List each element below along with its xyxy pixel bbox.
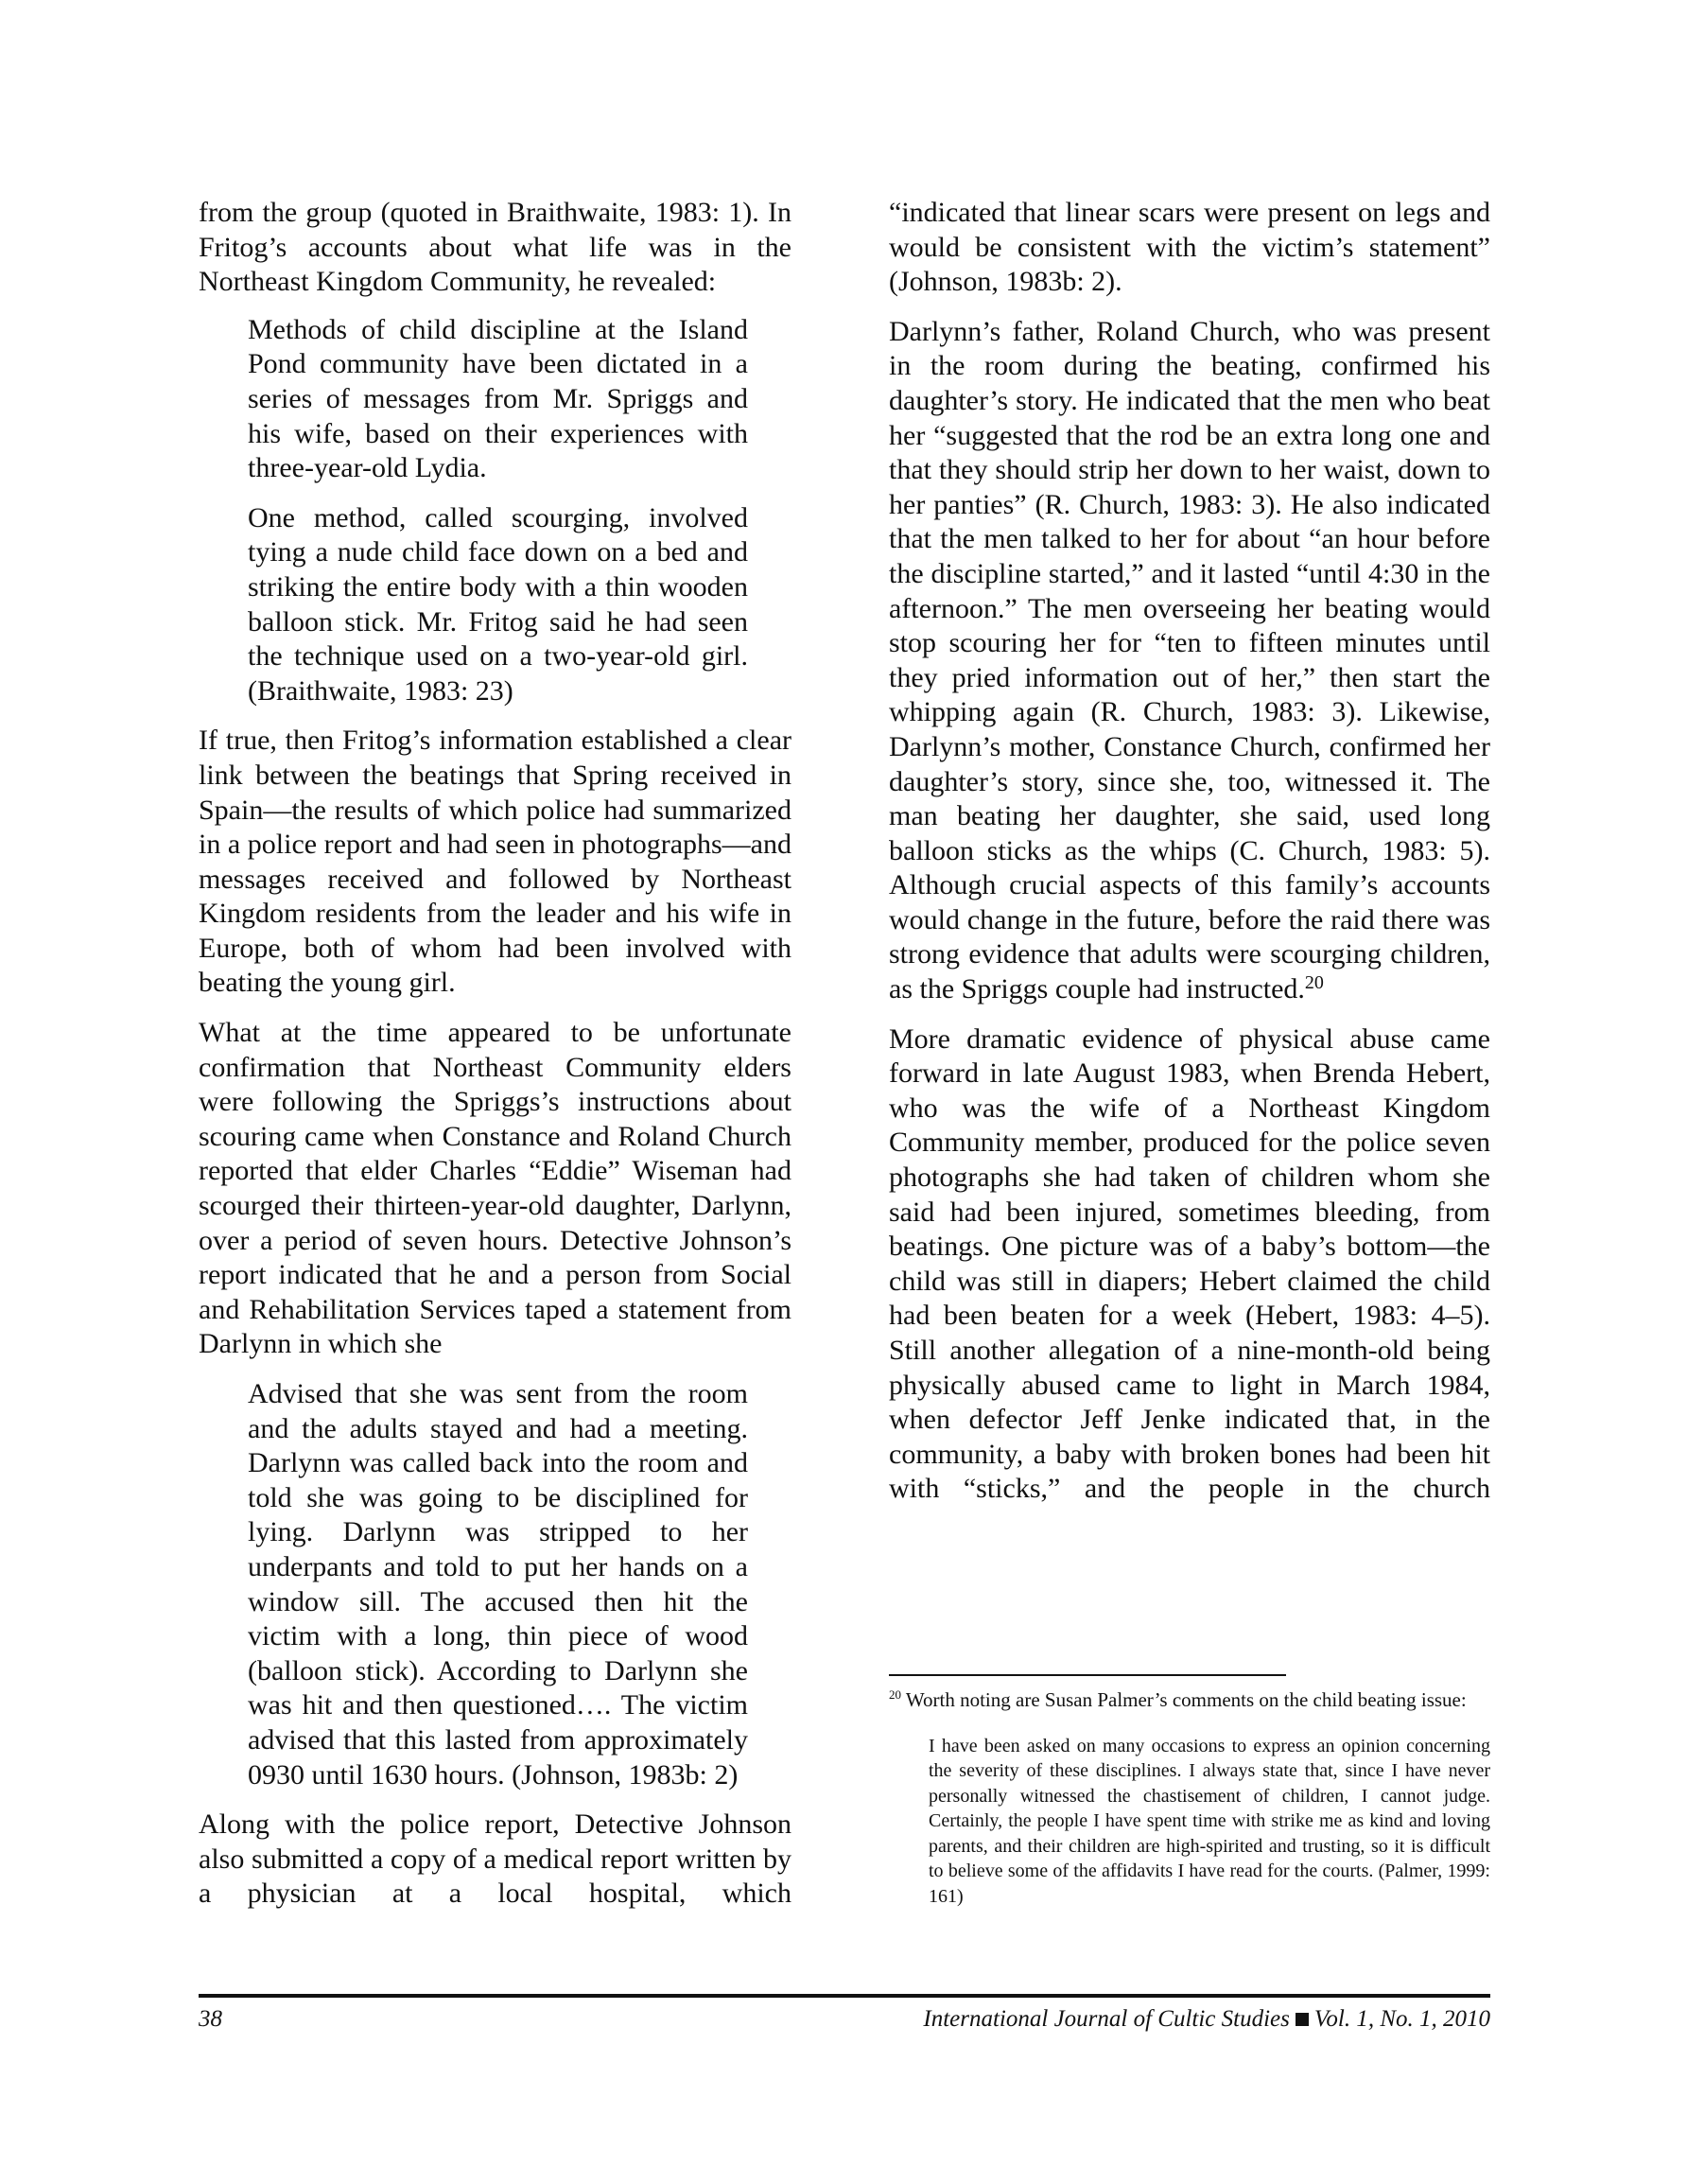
square-separator-icon [1296, 2013, 1309, 2026]
body-paragraph: Darlynn’s father, Roland Church, who was… [889, 315, 1490, 1007]
footer-divider [199, 1994, 1490, 1998]
footnote-divider [889, 1674, 1286, 1676]
body-paragraph: More dramatic evidence of physical abuse… [889, 1022, 1490, 1507]
journal-title: International Journal of Cultic Studies [923, 2006, 1289, 2032]
body-paragraph: from the group (quoted in Braithwaite, 1… [199, 196, 791, 300]
body-paragraph: Along with the police report, Detective … [199, 1808, 791, 1912]
right-column: “indicated that linear scars were presen… [889, 196, 1490, 1507]
block-quote: Methods of child discipline at the Islan… [248, 313, 748, 486]
block-quote: Advised that she was sent from the room … [248, 1377, 748, 1792]
block-quote: One method, called scourging, involved t… [248, 501, 748, 709]
footnote-text: Worth noting are Susan Palmer’s comments… [901, 1688, 1467, 1711]
footnote-reference[interactable]: 20 [1305, 972, 1324, 993]
paragraph-text: Darlynn’s father, Roland Church, who was… [889, 316, 1490, 1005]
footnotes: 20 Worth noting are Susan Palmer’s comme… [889, 1687, 1490, 1910]
page-number: 38 [199, 2005, 222, 2034]
body-paragraph: If true, then Fritog’s information estab… [199, 724, 791, 1001]
left-column: from the group (quoted in Braithwaite, 1… [199, 196, 791, 1912]
journal-citation: International Journal of Cultic StudiesV… [923, 2005, 1490, 2034]
journal-volume: Vol. 1, No. 1, 2010 [1314, 2006, 1490, 2032]
footnote-number: 20 [889, 1687, 901, 1702]
body-paragraph: “indicated that linear scars were presen… [889, 196, 1490, 300]
body-paragraph: What at the time appeared to be unfortun… [199, 1016, 791, 1362]
footnote-20: 20 Worth noting are Susan Palmer’s comme… [889, 1687, 1490, 1713]
footnote-quote: I have been asked on many occasions to e… [929, 1734, 1490, 1910]
